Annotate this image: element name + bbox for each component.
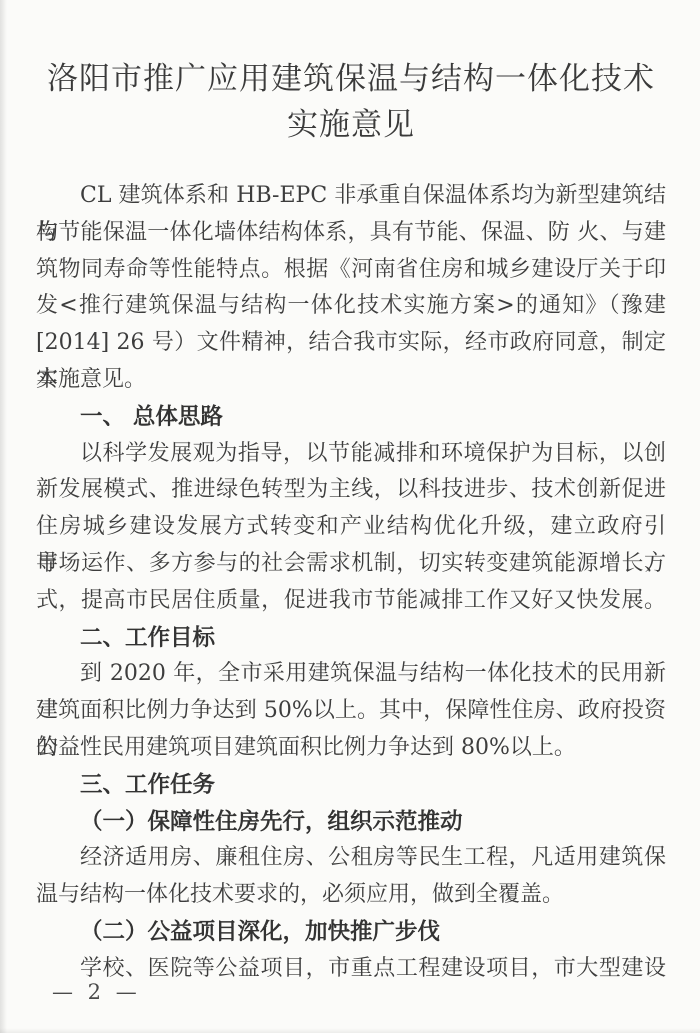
body-line: CL 建筑体系和 HB-EPC 非承重自保温体系均为新型建筑结构 (36, 178, 666, 215)
document-title: 洛阳市推广应用建筑保温与结构一体化技术 实施意见 (36, 56, 666, 148)
body-line: 发<推行建筑保温与结构一体化技术实施方案>的通知》（豫建 (36, 288, 666, 325)
document-title-line-2: 实施意见 (36, 102, 666, 148)
body-line: 市场运作、多方参与的社会需求机制，切实转变建筑能源增长方 (36, 546, 666, 583)
scan-edge-artifact-bottom (0, 1028, 700, 1033)
body-line: 以科学发展观为指导，以节能减排和环境保护为目标，以创 (36, 436, 666, 473)
body-line: 筑物同寿命等性能特点。根据《河南省住房和城乡建设厅关于印 (36, 252, 666, 289)
page-number: — 2 — (52, 980, 141, 1004)
section-heading: 二、工作目标 (36, 620, 666, 657)
section-heading: 三、工作任务 (36, 767, 666, 804)
body-line: 住房城乡建设发展方式转变和产业结构优化升级，建立政府引导、 (36, 509, 666, 546)
body-line: 到 2020 年，全市采用建筑保温与结构一体化技术的民用新建 (36, 656, 666, 693)
body-line: 温与结构一体化技术要求的，必须应用，做到全覆盖。 (36, 877, 666, 914)
subsection-heading: （一）保障性住房先行，组织示范推动 (36, 804, 666, 841)
scanned-document-page: 洛阳市推广应用建筑保温与结构一体化技术 实施意见 CL 建筑体系和 HB-EPC… (0, 0, 700, 1033)
body-line: 建筑面积比例力争达到 50%以上。其中，保障性住房、政府投资的 (36, 693, 666, 730)
document-body: CL 建筑体系和 HB-EPC 非承重自保温体系均为新型建筑结构 与节能保温一体… (36, 178, 666, 988)
body-line: 与节能保温一体化墙体结构体系，具有节能、保温、防 火、与建 (36, 215, 666, 252)
scan-edge-artifact-left (0, 0, 7, 1033)
subsection-heading: （二）公益项目深化，加快推广步伐 (36, 914, 666, 951)
section-heading: 一、 总体思路 (36, 399, 666, 436)
body-line: 实施意见。 (36, 362, 666, 399)
document-title-line-1: 洛阳市推广应用建筑保温与结构一体化技术 (36, 56, 666, 102)
body-line: 式，提高市民居住质量，促进我市节能减排工作又好又快发展。 (36, 583, 666, 620)
body-line: 公益性民用建筑项目建筑面积比例力争达到 80%以上。 (36, 730, 666, 767)
body-line: 经济适用房、廉租住房、公租房等民生工程，凡适用建筑保 (36, 840, 666, 877)
body-line: 新发展模式、推进绿色转型为主线，以科技进步、技术创新促进 (36, 472, 666, 509)
body-line: [2014] 26 号）文件精神，结合我市实际，经市政府同意，制定本 (36, 325, 666, 362)
